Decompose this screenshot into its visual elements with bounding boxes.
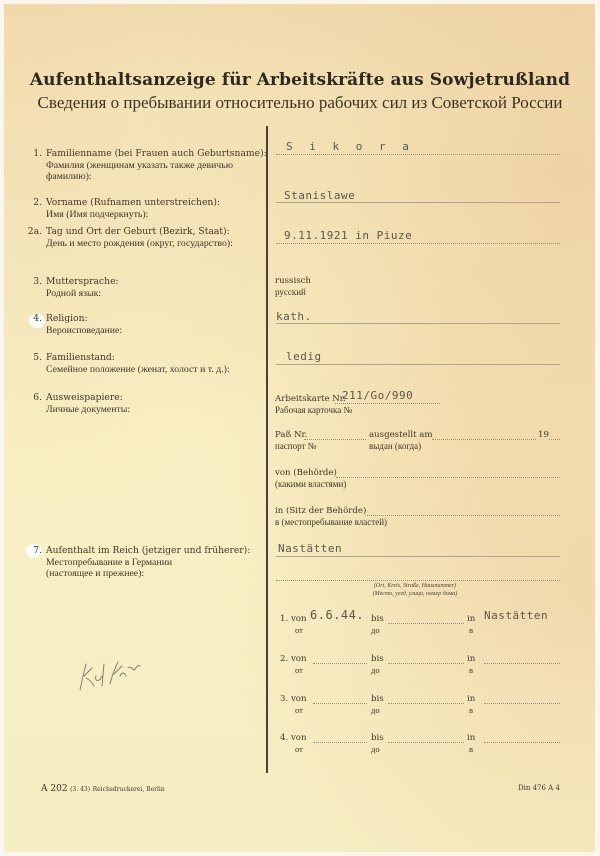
stay-place-line[interactable] (484, 742, 560, 743)
marital-status-line (276, 364, 560, 365)
stay-place-line[interactable] (484, 703, 560, 704)
mother-tongue-value: russisch русский (275, 276, 311, 299)
stay-from-line[interactable] (313, 663, 367, 664)
column-divider (266, 126, 268, 773)
stay-from-line[interactable] (313, 742, 367, 743)
document-title-russian: Сведения о пребывании относительно рабоч… (0, 93, 600, 113)
stay-to-line[interactable] (388, 742, 464, 743)
authority-label: von (Behörde) (какими властями) (275, 468, 346, 491)
issued-on-label: ausgestellt am выдан (когда) (369, 430, 433, 453)
stay-place-line[interactable] (484, 663, 560, 664)
work-card-label: Arbeitskarte Nr. Рабочая карточка № (275, 394, 352, 417)
scan-edge (0, 0, 4, 856)
stay-from-value[interactable]: 6.6.44. (310, 608, 364, 622)
first-name-line (276, 202, 560, 203)
residence-line (276, 556, 560, 557)
passport-label: Paß Nr. паспорт № (275, 430, 316, 453)
document-title-german: Aufenthaltsanzeige für Arbeitskräfte aus… (0, 70, 600, 90)
year-line[interactable] (549, 439, 560, 440)
surname-value[interactable]: S i k o r a (286, 140, 414, 153)
field-label-marital-status: 5.Familienstand: Семейное положение (жен… (26, 352, 230, 375)
handwritten-signature (74, 646, 154, 696)
stay-place-value[interactable]: Nastätten (484, 609, 548, 622)
field-label-birth: 2a.Tag und Ort der Geburt (Bezirk, Staat… (26, 226, 233, 249)
stay-to-line[interactable] (388, 623, 464, 624)
form-number: A 202 (3. 43) Reichsdruckerei, Berlin (41, 784, 165, 794)
field-label-id-papers: 6.Ausweispapiere: Личные документы: (26, 392, 130, 415)
authority-seat-label: in (Sitz der Behörde) в (местопребывание… (275, 506, 387, 529)
religion-value[interactable]: kath. (276, 310, 312, 323)
birth-value[interactable]: 9.11.1921 in Piuze (284, 229, 412, 242)
issued-on-line[interactable] (432, 439, 536, 440)
first-name-value[interactable]: Stanislawe (284, 189, 355, 202)
birth-line (276, 243, 560, 244)
scan-edge (595, 0, 600, 856)
work-card-number[interactable]: 211/Go/990 (342, 389, 413, 402)
field-label-mother-tongue: 3.Muttersprache: Родной язык: (26, 276, 119, 299)
scan-edge (0, 852, 600, 856)
surname-line (276, 154, 560, 155)
authority-line[interactable] (336, 477, 560, 478)
stay-to-line[interactable] (388, 703, 464, 704)
scan-edge (0, 0, 600, 4)
work-card-line (335, 403, 440, 404)
address-hint: (Ort, Kreis, Straße, Hausnummer) (Место,… (330, 583, 500, 598)
year-prefix: 19 (538, 430, 549, 441)
residence-value[interactable]: Nastätten (278, 542, 342, 555)
stay-from-line[interactable] (313, 703, 367, 704)
marital-status-value[interactable]: ledig (286, 350, 322, 363)
din-format: Din 476 A 4 (518, 784, 560, 792)
field-label-residence: 7.Aufenthalt im Reich (jetziger und früh… (26, 545, 250, 580)
passport-number-line[interactable] (304, 439, 366, 440)
field-label-religion: 4.Religion: Вероисповедание: (26, 313, 122, 336)
religion-line (276, 323, 560, 324)
authority-seat-line[interactable] (365, 515, 560, 516)
field-label-first-name: 2.Vorname (Rufnamen unterstreichen): Имя… (26, 197, 220, 220)
stay-to-line[interactable] (388, 663, 464, 664)
paper-background (0, 0, 600, 856)
field-label-surname: 1.Familienname (bei Frauen auch Geburtsn… (26, 148, 267, 183)
residence-line-2[interactable] (276, 580, 560, 581)
